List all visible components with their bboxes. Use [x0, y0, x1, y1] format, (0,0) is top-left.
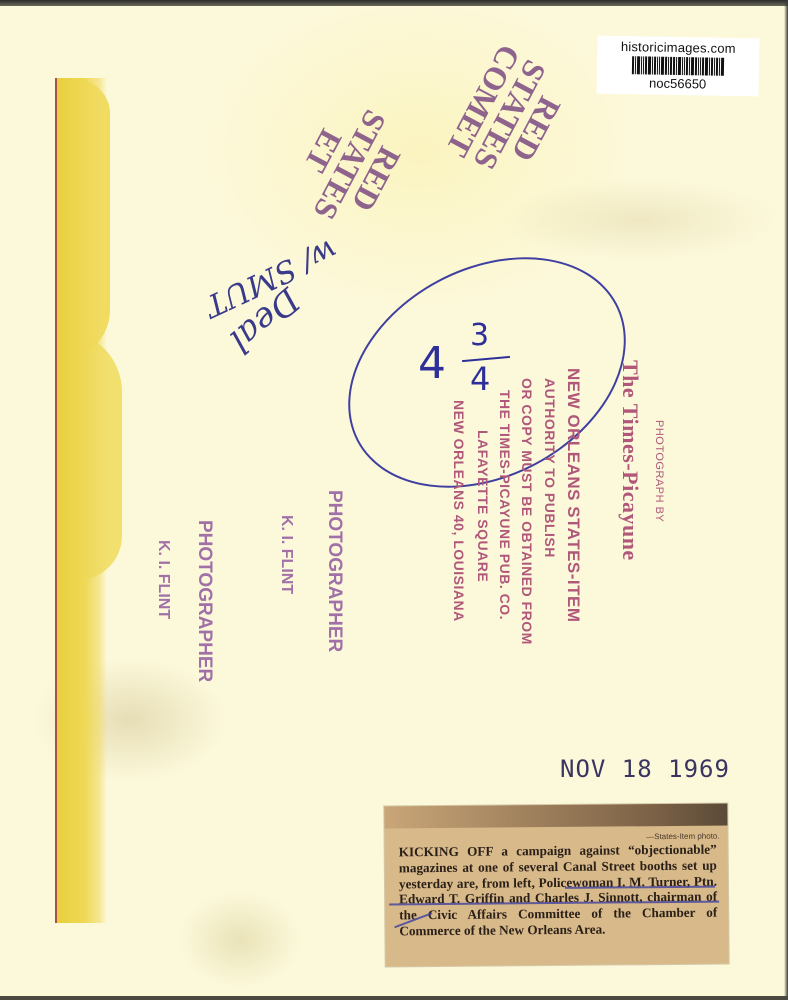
tape-strip [55, 78, 107, 923]
barcode-id: noc56650 [597, 75, 759, 93]
photographer-title: PHOTOGRAPHER [323, 490, 345, 652]
credit-line: NEW ORLEANS STATES-ITEM [563, 368, 583, 623]
barcode-icon [615, 56, 741, 76]
right-edge [784, 0, 788, 1000]
credit-photographed-by: PHOTOGRAPH BY [653, 420, 665, 522]
photographer-title: PHOTOGRAPHER [193, 520, 215, 682]
clipping-edge [384, 804, 727, 829]
barcode-site: historicimages.com [597, 39, 759, 57]
photographer-name: K. I. FLINT [277, 515, 295, 594]
clipping-photo-credit: —States-Item photo. [646, 832, 719, 842]
stamp-red-states-comet: RED STATES COMET [423, 6, 596, 225]
credit-line: AUTHORITY TO PUBLISH [542, 378, 558, 558]
credit-line: THE TIMES-PICAYUNE PUB. CO. [497, 390, 513, 620]
credit-paper-name: The Times-Picayune [617, 360, 643, 561]
photographer-name: K. I. FLINT [154, 540, 172, 619]
top-edge [0, 0, 788, 6]
newspaper-clipping: —States-Item photo. KICKING OFF a campai… [384, 804, 728, 967]
caption-lead: KICKING OFF [399, 844, 493, 860]
times-picayune-credit-stamp: PHOTOGRAPH BY The Times-Picayune NEW ORL… [415, 360, 665, 740]
bottom-edge [0, 996, 788, 1000]
barcode-label: historicimages.com noc56650 [597, 36, 760, 97]
fraction-numerator: 3 [470, 318, 489, 353]
photo-back-page: historicimages.com noc56650 RED STATES C… [0, 0, 788, 1000]
credit-line: LAFAYETTE SQUARE [475, 430, 491, 582]
stamp-red-states-et: RED STATES ET [273, 73, 428, 257]
credit-line: NEW ORLEANS 40, LOUISIANA [451, 400, 467, 622]
date-stamp: NOV 18 1969 [560, 755, 730, 783]
clipping-caption: KICKING OFF a campaign against “objectio… [399, 842, 718, 940]
credit-line: OR COPY MUST BE OBTAINED FROM [519, 378, 535, 645]
